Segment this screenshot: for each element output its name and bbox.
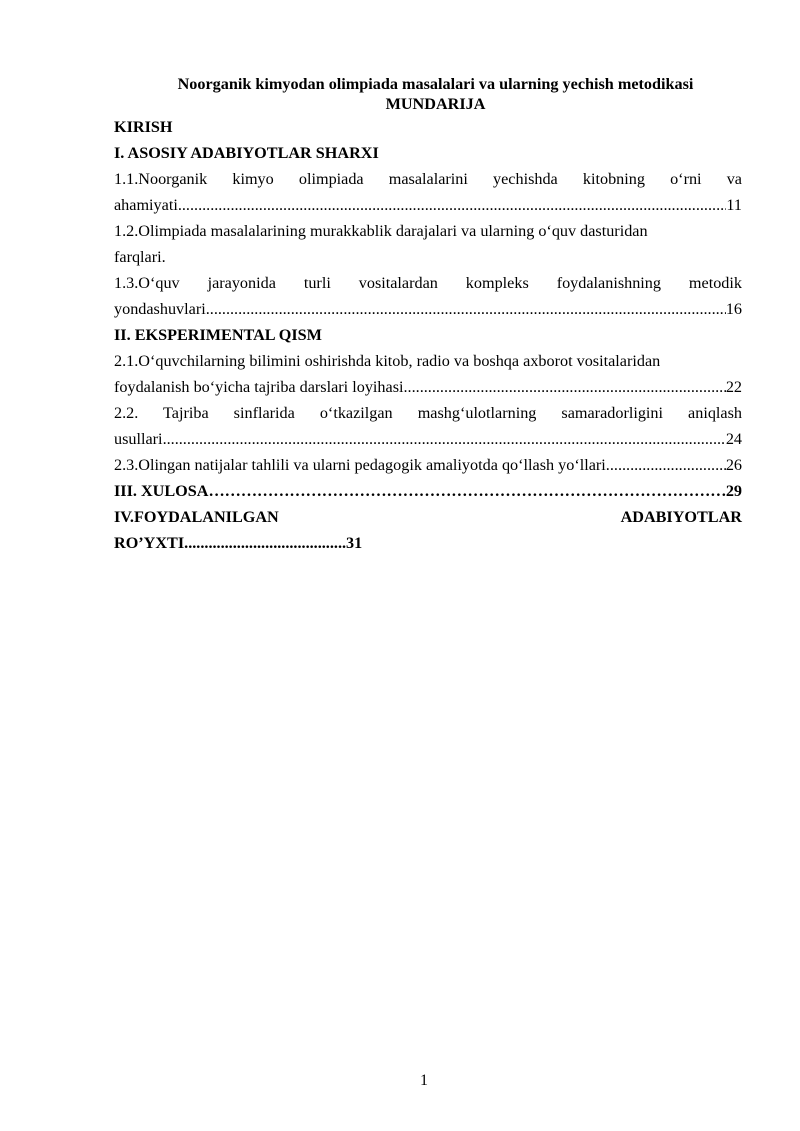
toc-entry-text: 1.3.O‘quv jarayonida turli vositalardan …: [114, 270, 742, 296]
toc-chapter-1-heading[interactable]: I. ASOSIY ADABIYOTLAR SHARXI: [114, 140, 742, 166]
document-title: Noorganik kimyodan olimpiada masalalari …: [114, 74, 742, 94]
toc-entry-2-3[interactable]: 2.3.Olingan natijalar tahlili va ularni …: [114, 452, 742, 478]
toc-page-number: 22: [726, 374, 742, 400]
toc-entry-text: usullari: [114, 426, 163, 452]
toc-entry-leader: ahamiyati 11: [114, 192, 742, 218]
toc-chapter-3[interactable]: III. XULOSA 29: [114, 478, 742, 504]
toc-page-number: 11: [726, 192, 742, 218]
document-page: Noorganik kimyodan olimpiada masalalari …: [114, 74, 742, 556]
toc-entry-text: foydalanish bo‘yicha tajriba darslari lo…: [114, 374, 404, 400]
page-number: 1: [0, 1072, 800, 1090]
toc-entry-text: 2.1.O‘quvchilarning bilimini oshirishda …: [114, 348, 742, 374]
toc-entry-text: ahamiyati: [114, 192, 178, 218]
toc-entry-2-2[interactable]: 2.2. Tajriba sinflarida o‘tkazilgan mash…: [114, 400, 742, 452]
toc-page-number: 26: [726, 452, 742, 478]
toc-entry-leader: foydalanish bo‘yicha tajriba darslari lo…: [114, 374, 742, 400]
toc-page-number: 16: [726, 296, 742, 322]
toc-entry-text: 2.3.Olingan natijalar tahlili va ularni …: [114, 452, 606, 478]
toc-page-number: 24: [726, 426, 742, 452]
dot-leader: [208, 478, 725, 504]
toc-entry-leader: usullari 24: [114, 426, 742, 452]
toc-heading: MUNDARIJA: [114, 94, 742, 114]
toc-chapter-4-heading-left: IV.FOYDALANILGAN: [114, 504, 279, 530]
toc-entry-text: 2.2. Tajriba sinflarida o‘tkazilgan mash…: [114, 400, 742, 426]
toc-page-number: 31: [346, 534, 362, 552]
toc-entry-text: 1.1.Noorganik kimyo olimpiada masalalari…: [114, 166, 742, 192]
toc-entry-1-1[interactable]: 1.1.Noorganik kimyo olimpiada masalalari…: [114, 166, 742, 218]
toc-intro[interactable]: KIRISH: [114, 114, 742, 140]
toc-chapter-3-heading: III. XULOSA: [114, 478, 208, 504]
toc-entry-2-1[interactable]: 2.1.O‘quvchilarning bilimini oshirishda …: [114, 348, 742, 400]
toc-chapter-4-line2: RO’YXTI.................................…: [114, 530, 742, 556]
dot-leader: [606, 452, 726, 478]
toc-entry-1-2[interactable]: 1.2.Olimpiada masalalarining murakkablik…: [114, 218, 742, 270]
toc-entry-text: farqlari.: [114, 244, 742, 270]
toc-chapter-2-heading[interactable]: II. EKSPERIMENTAL QISM: [114, 322, 742, 348]
toc-entry-1-3[interactable]: 1.3.O‘quv jarayonida turli vositalardan …: [114, 270, 742, 322]
toc-entry-leader: yondashuvlari 16: [114, 296, 742, 322]
dot-leader: [178, 192, 727, 218]
toc-chapter-4-heading-right: ADABIYOTLAR: [621, 504, 742, 530]
toc-page-number: 29: [726, 478, 742, 504]
toc-entry-text: RO’YXTI: [114, 534, 184, 552]
dot-leader: [404, 374, 726, 400]
toc-chapter-4[interactable]: IV.FOYDALANILGAN ADABIYOTLAR RO’YXTI....…: [114, 504, 742, 556]
toc-entry-text: yondashuvlari: [114, 296, 206, 322]
dot-leader: [163, 426, 726, 452]
toc-entry-text: 1.2.Olimpiada masalalarining murakkablik…: [114, 218, 742, 244]
dot-leader: [206, 296, 726, 322]
toc-chapter-4-heading: IV.FOYDALANILGAN ADABIYOTLAR: [114, 504, 742, 530]
dot-leader: ........................................: [184, 534, 346, 552]
